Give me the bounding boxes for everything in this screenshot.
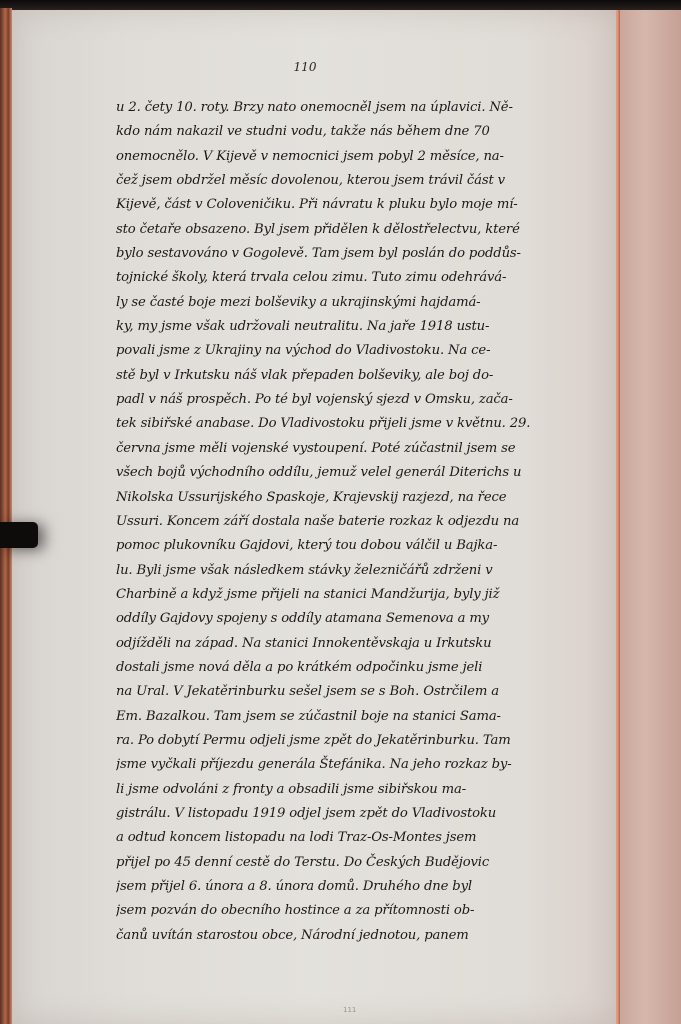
text-line: lu. Byli jsme však následkem stávky žele… — [116, 559, 594, 583]
text-line: čež jsem obdržel měsíc dovolenou, kterou… — [116, 169, 594, 193]
text-line: června jsme měli vojenské vystoupení. Po… — [116, 437, 594, 461]
text-line: a odtud koncem listopadu na lodi Traz-Os… — [116, 826, 594, 850]
text-line: odjížděli na západ. Na stanici Innokentě… — [116, 632, 594, 656]
handwritten-text-block: u 2. čety 10. roty. Brzy nato onemocněl … — [116, 96, 594, 948]
text-line: ky, my jsme však udržovali neutralitu. N… — [116, 315, 594, 339]
text-line: jsem pozván do obecního hostince a za př… — [116, 899, 594, 923]
text-line: Em. Bazalkou. Tam jsem se zúčastnil boje… — [116, 705, 594, 729]
text-line: ra. Po dobytí Permu odjeli jsme zpět do … — [116, 729, 594, 753]
text-line: oddíly Gajdovy spojeny s oddíly atamana … — [116, 607, 594, 631]
adjacent-pages-stack — [620, 10, 681, 1024]
text-line: tek sibiřské anabase. Do Vladivostoku př… — [116, 412, 594, 436]
text-line: čanů uvítán starostou obce, Národní jedn… — [116, 924, 594, 948]
text-line: bylo sestavováno v Gogolevě. Tam jsem by… — [116, 242, 594, 266]
text-line: na Ural. V Jekatěrinburku sešel jsem se … — [116, 680, 594, 704]
text-line: pomoc plukovníku Gajdovi, který tou dobo… — [116, 534, 594, 558]
text-line: ly se časté boje mezi bolševiky a ukraji… — [116, 291, 594, 315]
text-line: Ussuri. Koncem září dostala naše baterie… — [116, 510, 594, 534]
text-line: všech bojů východního oddílu, jemuž vele… — [116, 461, 594, 485]
text-line: jsem přijel 6. února a 8. února domů. Dr… — [116, 875, 594, 899]
footer-mark: 111 — [343, 1006, 356, 1014]
text-line: Charbině a když jsme přijeli na stanici … — [116, 583, 594, 607]
text-line: u 2. čety 10. roty. Brzy nato onemocněl … — [116, 96, 594, 120]
text-line: kdo nám nakazil ve studni vodu, takže ná… — [116, 120, 594, 144]
text-line: stě byl v Irkutsku náš vlak přepaden bol… — [116, 364, 594, 388]
book-clip — [0, 522, 38, 548]
text-line: tojnické školy, která trvala celou zimu.… — [116, 266, 594, 290]
text-line: onemocnělo. V Kijevě v nemocnici jsem po… — [116, 145, 594, 169]
top-shadow — [0, 0, 681, 10]
text-line: Nikolska Ussurijského Spaskoje, Krajevsk… — [116, 486, 594, 510]
text-line: li jsme odvoláni z fronty a obsadili jsm… — [116, 778, 594, 802]
text-line: Kijevě, část v Coloveničiku. Při návratu… — [116, 193, 594, 217]
text-line: gistrálu. V listopadu 1919 odjel jsem zp… — [116, 802, 594, 826]
text-line: dostali jsme nová děla a po krátkém odpo… — [116, 656, 594, 680]
text-line: jsme vyčkali příjezdu generála Štefánika… — [116, 753, 594, 777]
text-line: přijel po 45 denní cestě do Terstu. Do Č… — [116, 851, 594, 875]
book-binding-left — [0, 8, 12, 1024]
page-number: 110 — [290, 60, 320, 74]
text-line: padl v náš prospěch. Po té byl vojenský … — [116, 388, 594, 412]
text-line: sto četaře obsazeno. Byl jsem přidělen k… — [116, 218, 594, 242]
text-line: povali jsme z Ukrajiny na východ do Vlad… — [116, 339, 594, 363]
